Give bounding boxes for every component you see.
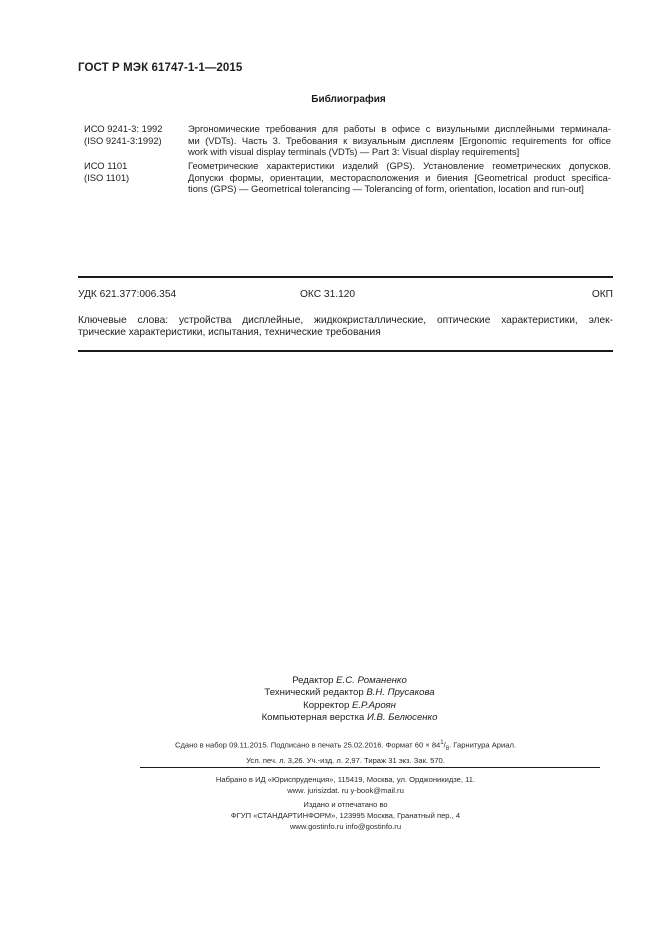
divider-top: [78, 276, 613, 278]
keywords-paragraph: Ключевые слова: устройства дисплейные, ж…: [78, 315, 613, 340]
bibliography-entry: ИСО 1101 (ISO 1101) Геометрические харак…: [84, 160, 611, 195]
publisher-contacts: www.gostinfo.ru info@gostinfo.ru: [30, 821, 661, 832]
bibliography-entry: ИСО 9241-3: 1992 (ISO 9241-3:1992) Эргон…: [84, 123, 611, 158]
oks-code: ОКС 31.120: [300, 289, 355, 300]
bibliography-description: Эргономические требования для работы в о…: [188, 123, 611, 158]
reference-number-intl: (ISO 9241-3:1992): [84, 135, 188, 147]
publisher-info: Набрано в ИД «Юриспруденция», 115419, Мо…: [0, 774, 661, 832]
print-info-line1: Сдано в набор 09.11.2015. Подписано в пе…: [30, 738, 661, 755]
credit-role: Компьютерная верстка: [262, 712, 365, 723]
bibliography-title: Библиография: [0, 94, 661, 105]
udk-code: УДК 621.377:006.354: [78, 289, 176, 300]
bibliography-reference: ИСО 1101 (ISO 1101): [84, 160, 188, 195]
credits-block: Редактор Е.С. Романенко Технический реда…: [0, 675, 661, 725]
reference-number: ИСО 1101: [84, 160, 188, 172]
description-line: Допуски формы, ориентации, месторасполож…: [188, 172, 611, 184]
typeset-contacts: www. jurisizdat. ru y-book@mail.ru: [30, 785, 661, 796]
description-line: work with visual display terminals (VDTs…: [188, 146, 611, 158]
credit-role: Редактор: [292, 675, 333, 686]
bibliography-description: Геометрические характеристики изделий (G…: [188, 160, 611, 195]
description-line: tions (GPS) — Geometrical tolerancing — …: [188, 183, 611, 195]
credit-role: Технический редактор: [264, 687, 363, 698]
divider-bottom: [78, 350, 613, 352]
typeset-by: Набрано в ИД «Юриспруденция», 115419, Мо…: [30, 774, 661, 785]
reference-number: ИСО 9241-3: 1992: [84, 123, 188, 135]
reference-number-intl: (ISO 1101): [84, 172, 188, 184]
credit-name: В.Н. Прусакова: [366, 687, 434, 698]
bibliography-reference: ИСО 9241-3: 1992 (ISO 9241-3:1992): [84, 123, 188, 158]
classification-row: УДК 621.377:006.354 ОКС 31.120 ОКП: [78, 289, 613, 300]
description-line: Эргономические требования для работы в о…: [188, 123, 611, 135]
description-line: ми (VDTs). Часть 3. Требования к визуаль…: [188, 135, 611, 147]
credit-tech-editor: Технический редактор В.Н. Прусакова: [38, 687, 661, 699]
credit-proofreader: Корректор Е.Р.Ароян: [38, 700, 661, 712]
print-info-line2: Усл. печ. л. 3,26. Уч.-изд. л. 2,97. Тир…: [30, 755, 661, 766]
print-details: Сдано в набор 09.11.2015. Подписано в пе…: [175, 741, 440, 750]
credit-name: И.В. Белюсенко: [367, 712, 437, 723]
format-numerator: 1: [440, 740, 443, 746]
credit-layout: Компьютерная верстка И.В. Белюсенко: [38, 712, 661, 724]
published-by-label: Издано и отпечатано во: [30, 799, 661, 810]
keywords-line: трические характеристики, испытания, тех…: [78, 327, 613, 339]
publisher-address: ФГУП «СТАНДАРТИНФОРМ», 123995 Москва, Гр…: [30, 810, 661, 821]
keywords-line: Ключевые слова: устройства дисплейные, ж…: [78, 315, 613, 327]
description-line: Геометрические характеристики изделий (G…: [188, 160, 611, 172]
credit-name: Е.С. Романенко: [336, 675, 407, 686]
credit-editor: Редактор Е.С. Романенко: [38, 675, 661, 687]
typeface-info: . Гарнитура Ариал.: [449, 741, 516, 750]
credit-role: Корректор: [303, 700, 349, 711]
credit-name: Е.Р.Ароян: [352, 700, 396, 711]
divider-print: [140, 767, 600, 768]
okp-code: ОКП: [592, 289, 613, 300]
print-info: Сдано в набор 09.11.2015. Подписано в пе…: [0, 738, 661, 766]
standard-code-header: ГОСТ Р МЭК 61747-1-1—2015: [78, 62, 242, 74]
